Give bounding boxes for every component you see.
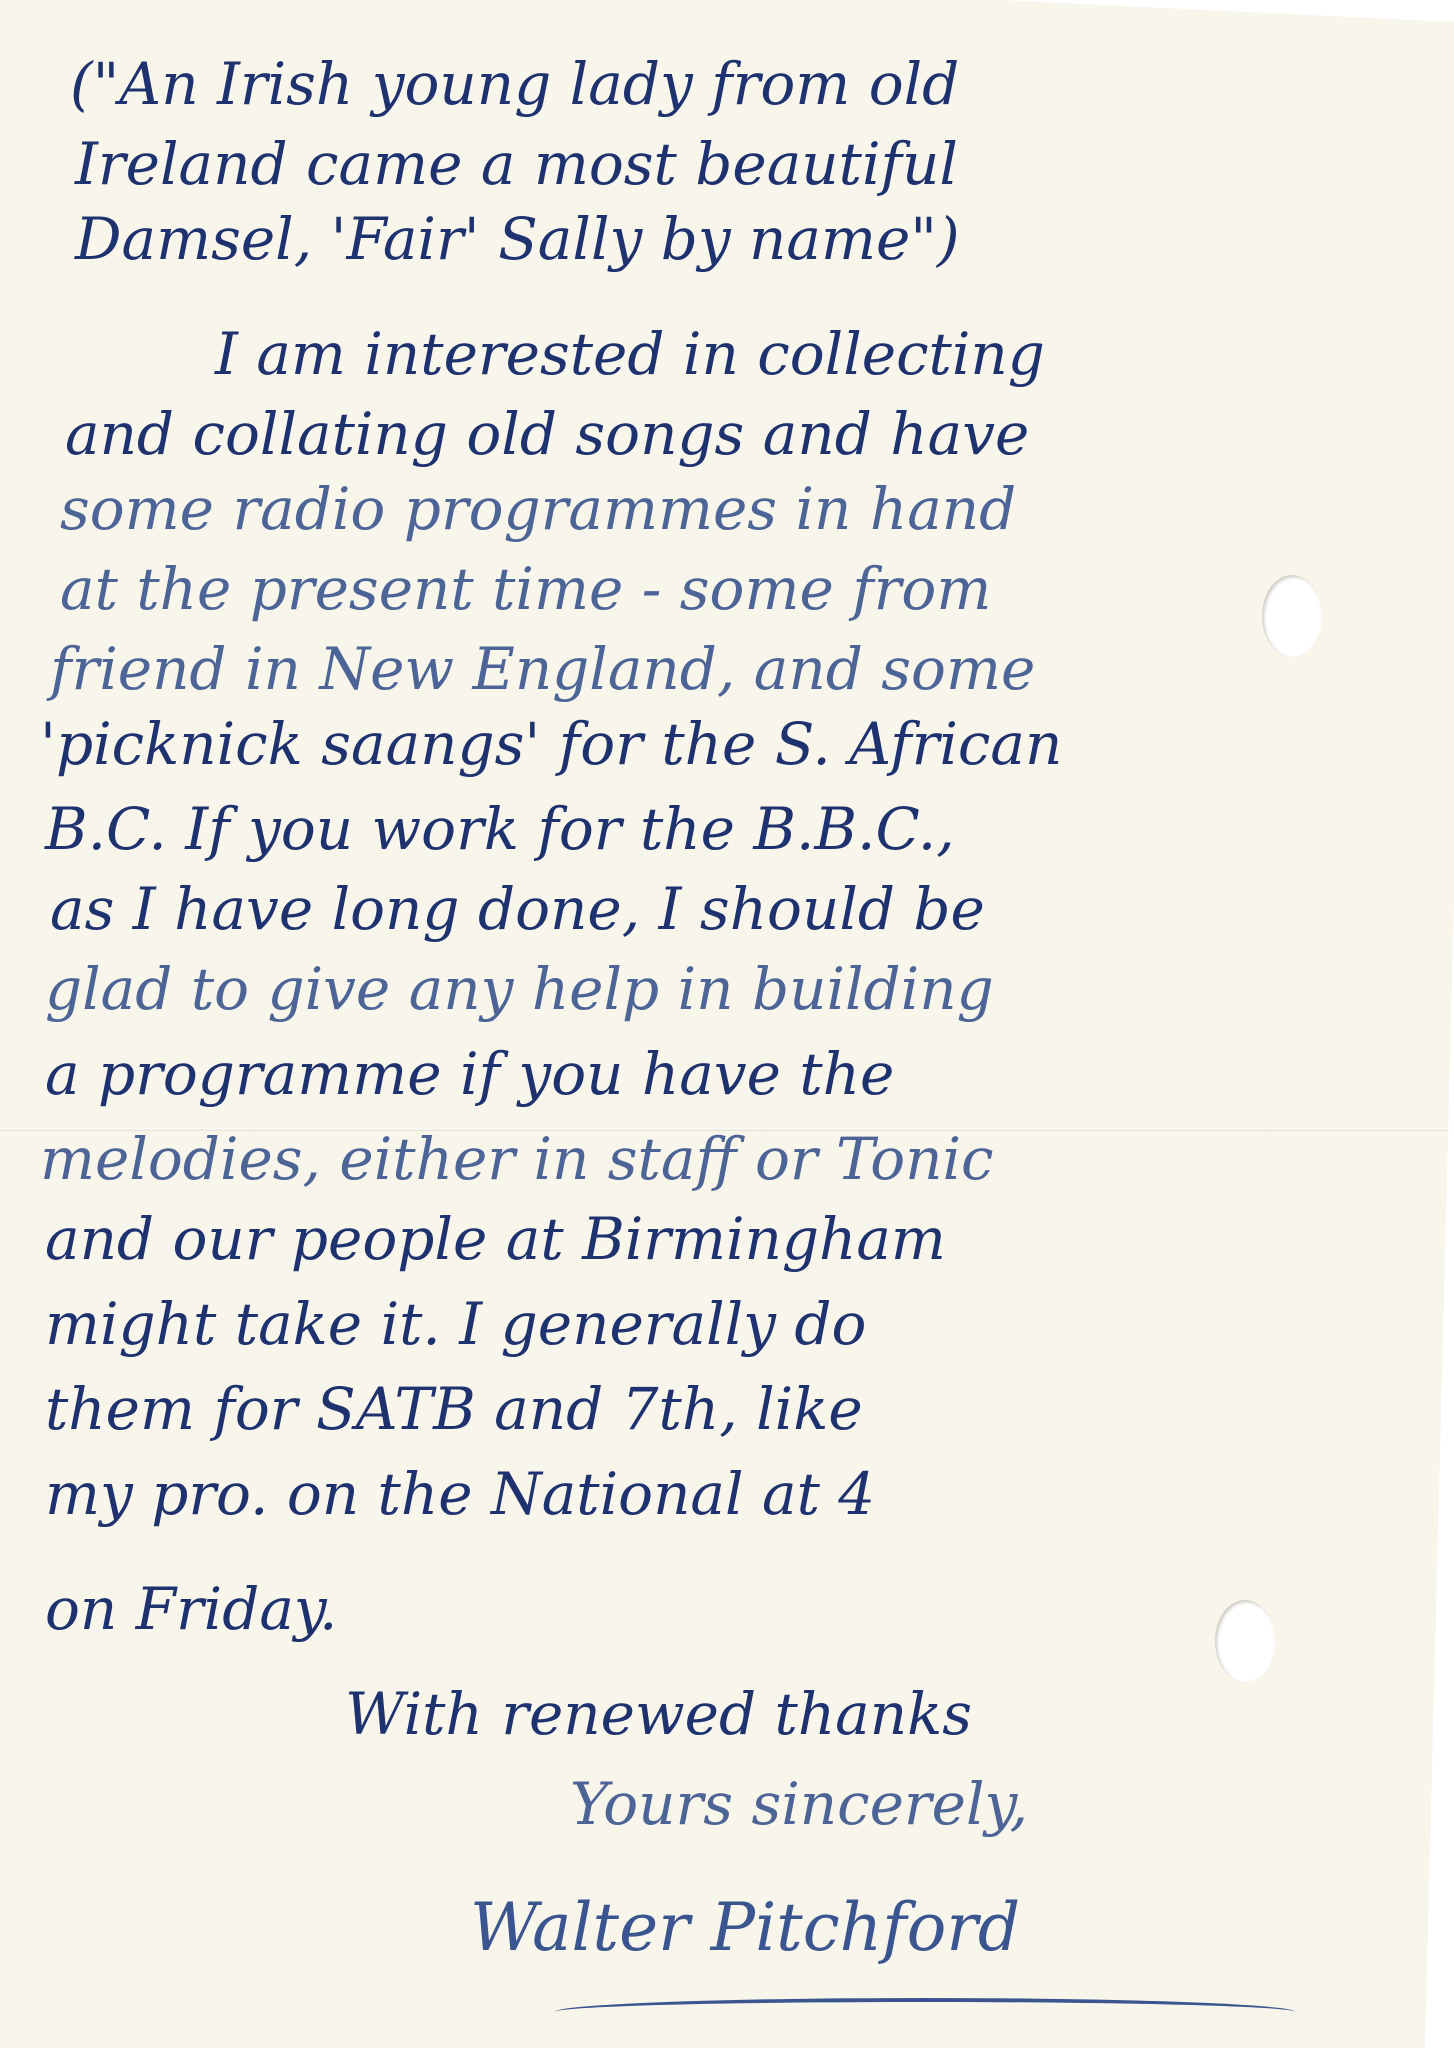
letter-line: them for SATB and 7th, like [45,1380,863,1438]
letter-line: on Friday. [45,1580,337,1638]
letter-line: melodies, either in staff or Tonic [40,1130,994,1188]
signature: Walter Pitchford [470,1895,1020,1961]
punch-hole-top [1262,575,1322,657]
letter-line: Damsel, 'Fair' Sally by name") [75,210,960,268]
letter-line: glad to give any help in building [45,960,994,1018]
valediction-line: Yours sincerely, [570,1775,1028,1833]
letter-line: and collating old songs and have [65,405,1029,463]
letter-line: Ireland came a most beautiful [75,135,958,193]
letter-line: I am interested in collecting [215,325,1045,383]
letter-line: ("An Irish young lady from old [70,55,959,113]
letter-line: 'picknick saangs' for the S. African [40,715,1062,773]
letter-line: might take it. I generally do [45,1295,866,1353]
letter-line: and our people at Birmingham [45,1210,946,1268]
letter-page: ("An Irish young lady from old Ireland c… [0,0,1454,2048]
letter-line: a programme if you have the [45,1045,894,1103]
letter-line: at the present time - some from [60,560,991,618]
punch-hole-bottom [1215,1600,1275,1682]
letter-line: B.C. If you work for the B.B.C., [45,800,955,858]
letter-line: my pro. on the National at 4 [45,1465,875,1523]
letter-line: friend in New England, and some [50,640,1035,698]
closing-line: With renewed thanks [345,1685,972,1743]
letter-line: as I have long done, I should be [50,880,985,938]
signature-underline-flourish [555,1998,1295,2026]
letter-line: some radio programmes in hand [60,480,1016,538]
